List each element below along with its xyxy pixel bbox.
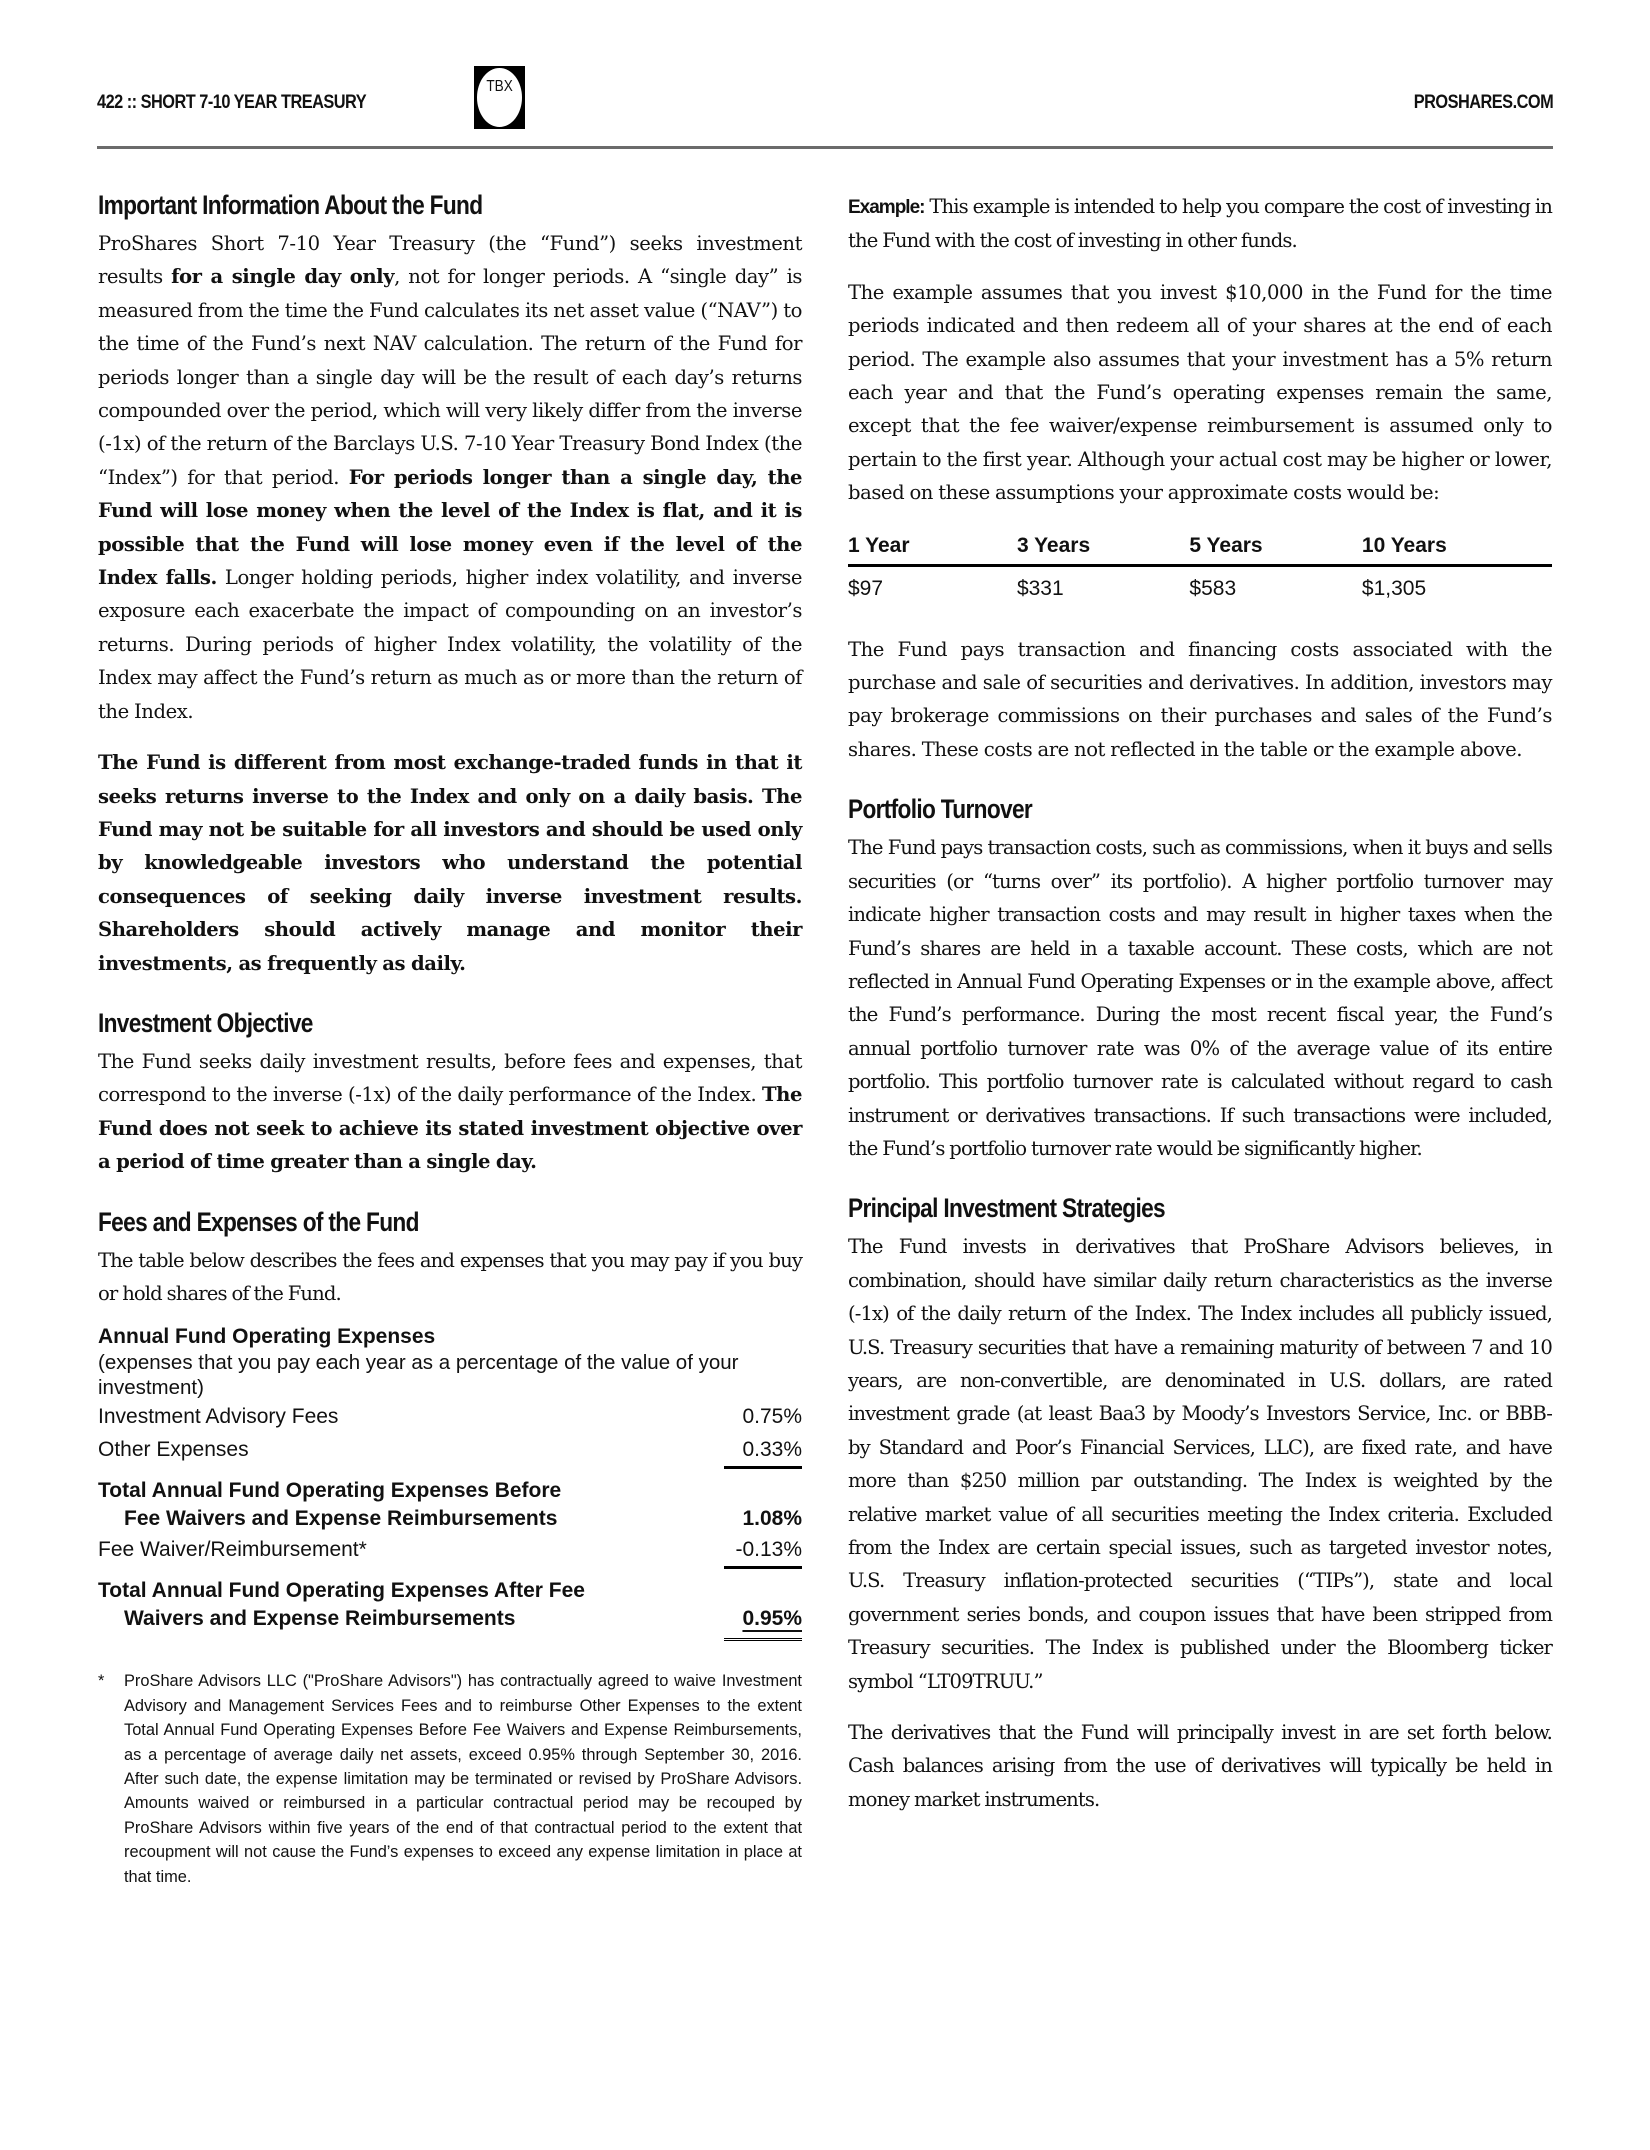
row-value: 1.08% <box>724 1505 802 1533</box>
header-divider <box>97 146 1553 149</box>
row-label: Other Expenses <box>98 1433 249 1466</box>
example-paragraph: The example assumes that you invest $10,… <box>848 276 1552 510</box>
row-label: Waivers and Expense Reimbursements <box>98 1605 585 1633</box>
row-label: Investment Advisory Fees <box>98 1400 338 1433</box>
table-cell: $97 <box>848 565 1017 605</box>
heading-important-information: Important Information About the Fund <box>98 190 689 221</box>
fee-waiver-footnote: * ProShare Advisors LLC ("ProShare Advis… <box>98 1669 802 1889</box>
ticker-badge: TBX <box>474 66 525 129</box>
subtotal-rule <box>724 1566 802 1569</box>
column-header: 1 Year <box>848 530 1017 566</box>
page-header: 422 :: SHORT 7-10 YEAR TREASURY TBX PROS… <box>97 84 1553 132</box>
table-title: Annual Fund Operating Expenses <box>98 1324 802 1350</box>
left-column: Important Information About the Fund Pro… <box>98 190 802 1889</box>
table-row: $97 $331 $583 $1,305 <box>848 565 1552 605</box>
important-paragraph-1: ProShares Short 7-10 Year Treasury (the … <box>98 227 802 728</box>
turnover-paragraph: The Fund pays transaction costs, such as… <box>848 831 1552 1165</box>
column-header: 5 Years <box>1189 530 1361 566</box>
total-before-waivers-row: Total Annual Fund Operating Expenses Bef… <box>98 1477 802 1533</box>
fees-intro: The table below describes the fees and e… <box>98 1244 802 1311</box>
fee-waiver-row: Fee Waiver/Reimbursement*-0.13% <box>98 1533 802 1566</box>
heading-investment-objective: Investment Objective <box>98 1008 689 1039</box>
row-label: Fee Waivers and Expense Reimbursements <box>98 1505 561 1533</box>
page-number-and-fund-name: 422 :: SHORT 7-10 YEAR TREASURY <box>97 92 366 114</box>
row-label: Total Annual Fund Operating Expenses Bef… <box>98 1479 561 1502</box>
example-label: Example: <box>848 197 924 218</box>
column-header: 3 Years <box>1017 530 1189 566</box>
table-header-row: 1 Year 3 Years 5 Years 10 Years <box>848 530 1552 566</box>
total-double-rule <box>724 1633 802 1641</box>
table-subtitle: (expenses that you pay each year as a pe… <box>98 1350 802 1400</box>
example-intro: Example: This example is intended to hel… <box>848 190 1552 258</box>
row-value: 0.75% <box>724 1400 802 1433</box>
bold-run: The Fund is different from most exchange… <box>98 751 802 974</box>
row-label: Total Annual Fund Operating Expenses Aft… <box>98 1579 585 1602</box>
table-cell: $1,305 <box>1362 565 1552 605</box>
column-header: 10 Years <box>1362 530 1552 566</box>
row-value: -0.13% <box>724 1533 802 1566</box>
ticker-symbol: TBX <box>486 78 512 96</box>
ticker-oval-icon: TBX <box>477 68 522 127</box>
cost-example-table: 1 Year 3 Years 5 Years 10 Years $97 $331… <box>848 530 1552 605</box>
text-run: , not for longer periods. A “single day”… <box>98 265 802 488</box>
row-label: Fee Waiver/Reimbursement* <box>98 1533 367 1566</box>
text-run: The Fund seeks daily investment results,… <box>98 1050 802 1106</box>
heading-fees-and-expenses: Fees and Expenses of the Fund <box>98 1207 689 1238</box>
bold-run: for a single day only <box>171 265 394 288</box>
row-value: 0.33% <box>724 1433 802 1466</box>
right-column: Example: This example is intended to hel… <box>848 190 1552 1816</box>
subtotal-rule <box>724 1466 802 1469</box>
heading-principal-investment-strategies: Principal Investment Strategies <box>848 1193 1439 1224</box>
site-url: PROSHARES.COM <box>1414 92 1553 114</box>
strategies-paragraph-1: The Fund invests in derivatives that Pro… <box>848 1230 1552 1698</box>
important-paragraph-2: The Fund is different from most exchange… <box>98 746 802 980</box>
text-run: Longer holding periods, higher index vol… <box>98 566 802 723</box>
text-run: This example is intended to help you com… <box>848 195 1552 252</box>
row-value: 0.95% <box>724 1605 802 1633</box>
total-after-waivers-row: Total Annual Fund Operating Expenses Aft… <box>98 1577 802 1633</box>
heading-portfolio-turnover: Portfolio Turnover <box>848 794 1439 825</box>
footnote-marker: * <box>98 1669 124 1889</box>
table-cell: $331 <box>1017 565 1189 605</box>
objective-paragraph: The Fund seeks daily investment results,… <box>98 1045 802 1179</box>
table-row: Other Expenses0.33% <box>98 1433 802 1466</box>
strategies-paragraph-2: The derivatives that the Fund will princ… <box>848 1716 1552 1816</box>
annual-operating-expenses-table: Annual Fund Operating Expenses (expenses… <box>98 1324 802 1641</box>
transaction-costs-paragraph: The Fund pays transaction and financing … <box>848 633 1552 767</box>
table-cell: $583 <box>1189 565 1361 605</box>
footnote-text: ProShare Advisors LLC ("ProShare Advisor… <box>124 1669 802 1889</box>
table-row: Investment Advisory Fees0.75% <box>98 1400 802 1433</box>
